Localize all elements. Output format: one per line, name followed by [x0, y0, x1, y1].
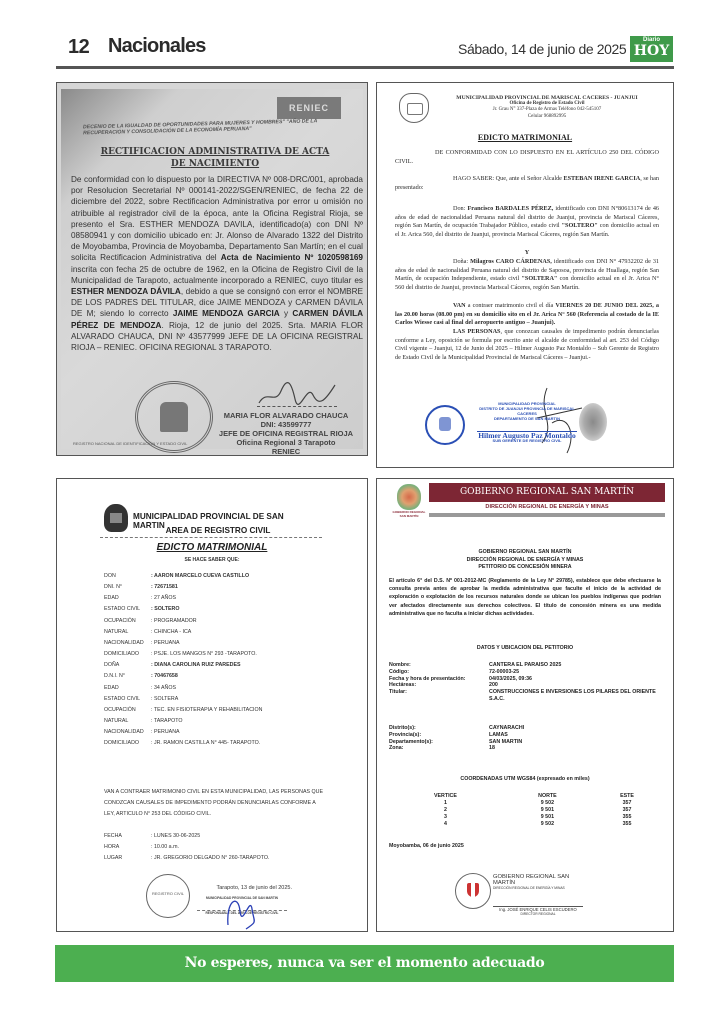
notice-letterhead: MUNICIPALIDAD PROVINCIAL DE MARISCAL CAC… — [427, 95, 667, 120]
detail-value: : JR. RAMON CASTILLA N° 445- TARAPOTO. — [151, 738, 344, 749]
detail-row: D.N.I. N°: 70467658 — [104, 671, 344, 682]
ceremony-details: FECHA: LUNES 30-06-2025HORA: 10.00 a.m.L… — [104, 831, 344, 864]
table-cell: 1 — [389, 800, 502, 807]
signer-block: GOBIERNO REGIONAL SAN MARTÍN DIRECCIÓN R… — [493, 875, 583, 918]
location-row: Zona:18 — [389, 745, 661, 752]
column-header: NORTE — [502, 793, 593, 800]
field-label: Hectáreas: — [389, 682, 489, 689]
detail-label: LUGAR — [104, 853, 151, 864]
government-banner: GOBIERNO REGIONAL SAN MARTÍN — [429, 483, 665, 502]
direction-name: DIRECCIÓN REGIONAL DE ENERGÍA Y MINAS — [429, 504, 665, 510]
notice-title: EDICTO MATRIMONIAL — [57, 542, 367, 553]
ceremony-row: LUGAR: JR. GREGORIO DELGADO N° 260-TARAP… — [104, 853, 344, 864]
detail-label: DOÑA — [104, 660, 151, 671]
field-row: Fecha y hora de presentación:04/03/2025,… — [389, 676, 661, 683]
petition-fields: Nombre:CANTERA EL PARAISO 2025Código:72-… — [389, 662, 661, 703]
detail-value: : SOLTERA — [151, 694, 344, 705]
paragraph-objections: LAS PERSONAS, que conozcan causales de i… — [395, 328, 659, 362]
table-cell: 2 — [389, 807, 502, 814]
detail-label: ESTADO CIVIL — [104, 604, 151, 615]
notice-paragraph: VAN A CONTRAER MATRIMONIO CIVIL EN ESTA … — [104, 787, 326, 820]
regional-seal-icon — [455, 873, 491, 909]
detail-value: : 34 AÑOS — [151, 683, 344, 694]
detail-label: EDAD — [104, 683, 151, 694]
place-date: Moyobamba, 06 de junio 2025 — [389, 843, 464, 849]
paragraph-groom: Don: Francisco BARDALES PÉREZ, identific… — [395, 205, 659, 239]
conjunction: Y — [395, 249, 659, 258]
detail-label: D.N.I. N° — [104, 671, 151, 682]
field-label: Distrito(s): — [389, 725, 489, 732]
field-value: CANTERA EL PARAISO 2025 — [489, 662, 661, 669]
detail-value: : PROGRAMADOR — [151, 616, 344, 627]
reniec-logo: RENIEC — [277, 97, 341, 119]
registry-seal-icon — [425, 405, 465, 445]
table-cell: 9 502 — [502, 821, 593, 828]
detail-value: : PSJE. LOS MANGOS N° 293 -TARAPOTO. — [151, 649, 344, 660]
detail-row: DON: AARON MARCELO CUEVA CASTILLO — [104, 571, 344, 582]
column-header: ESTE — [593, 793, 661, 800]
table-cell: 9 501 — [502, 807, 593, 814]
newspaper-logo[interactable]: Diario HOY — [630, 36, 673, 62]
registry-seal-icon — [146, 874, 190, 918]
signature-icon — [257, 379, 337, 407]
couple-details: DON: AARON MARCELO CUEVA CASTILLODNI. N°… — [104, 571, 344, 750]
emblem-caption: GOBIERNO REGIONAL SAN MARTÍN — [391, 511, 427, 518]
detail-row: DOÑA: DIANA CAROLINA RUIZ PAREDES — [104, 660, 344, 671]
field-value: 18 — [489, 745, 661, 752]
table-row: 39 501355 — [389, 814, 661, 821]
location-row: Distrito(s):CAYNARACHI — [389, 725, 661, 732]
location-row: Departamento(s):SAN MARTIN — [389, 739, 661, 746]
detail-row: NACIONALIDAD: PERUANA — [104, 727, 344, 738]
column-header: VERTICE — [389, 793, 502, 800]
detail-row: NACIONALIDAD: PERUANA — [104, 638, 344, 649]
notice-juanjui-marriage: MUNICIPALIDAD PROVINCIAL DE MARISCAL CAC… — [376, 82, 674, 468]
detail-value: : 72671581 — [151, 582, 344, 593]
detail-row: NATURAL: CHINCHA - ICA — [104, 627, 344, 638]
notice-san-martin-marriage: MUNICIPALIDAD PROVINCIAL DE SAN MARTIN A… — [56, 478, 368, 932]
paragraph-legal-basis: DE CONFORMIDAD CON LO DISPUESTO EN EL AR… — [395, 149, 659, 166]
detail-value: : PERUANA — [151, 727, 344, 738]
field-value: 200 — [489, 682, 661, 689]
office-name: AREA DE REGISTRO CIVIL — [133, 526, 303, 535]
detail-row: DOMICILIADO: PSJE. LOS MANGOS N° 293 -TA… — [104, 649, 344, 660]
detail-label: DOMICILIADO — [104, 738, 151, 749]
table-cell: 355 — [593, 821, 661, 828]
detail-row: DOMICILIADO: JR. RAMON CASTILLA N° 445- … — [104, 738, 344, 749]
location-row: Provincia(s):LAMAS — [389, 732, 661, 739]
field-label: Código: — [389, 669, 489, 676]
field-row: Código:72-00003-25 — [389, 669, 661, 676]
field-value: 04/03/2025, 09:36 — [489, 676, 661, 683]
regional-emblem-icon — [397, 484, 421, 510]
field-row: Titular:CONSTRUCCIONES E INVERSIONES LOS… — [389, 689, 661, 703]
dashed-divider — [100, 537, 322, 538]
field-label: Zona: — [389, 745, 489, 752]
coordinates-table: VERTICENORTEESTE 19 50235729 50135739 50… — [389, 793, 661, 828]
field-label: Provincia(s): — [389, 732, 489, 739]
field-label: Fecha y hora de presentación: — [389, 676, 489, 683]
detail-value: : 10.00 a.m. — [151, 842, 344, 853]
slogan-banner: No esperes, nunca va ser el momento adec… — [55, 945, 674, 982]
ceremony-row: HORA: 10.00 a.m. — [104, 842, 344, 853]
detail-value: : JR. GREGORIO DELGADO N° 260-TARAPOTO. — [151, 853, 344, 864]
detail-row: DNI. N°: 72671581 — [104, 582, 344, 593]
table-row: 19 502357 — [389, 800, 661, 807]
section-heading-coordinates: COORDENADAS UTM WGS84 (expresado en mile… — [377, 776, 673, 782]
section-heading-petition: DATOS Y UBICACION DEL PETITORIO — [377, 645, 673, 651]
location-fields: Distrito(s):CAYNARACHIProvincia(s):LAMAS… — [389, 725, 661, 752]
notice-mining-petition: GOBIERNO REGIONAL SAN MARTÍN GOBIERNO RE… — [376, 478, 674, 932]
field-row: Nombre:CANTERA EL PARAISO 2025 — [389, 662, 661, 669]
notice-reniec-rectification: RENIEC DECENIO DE LA IGUALDAD DE OPORTUN… — [56, 82, 368, 456]
detail-label: NATURAL — [104, 716, 151, 727]
detail-label: NACIONALIDAD — [104, 638, 151, 649]
detail-value: : TARAPOTO — [151, 716, 344, 727]
notice-title: RECTIFICACION ADMINISTRATIVA DE ACTA DE … — [95, 146, 335, 170]
paragraph-ceremony: VAN a contraer matrimonio civil el día V… — [395, 302, 659, 328]
detail-label: DON — [104, 571, 151, 582]
section-title: Nacionales — [108, 35, 206, 58]
detail-label: FECHA — [104, 831, 151, 842]
detail-value: : AARON MARCELO CUEVA CASTILLO — [151, 571, 344, 582]
paragraph-bride: Doña: Milagros CARO CÁRDENAS, identifica… — [395, 258, 659, 292]
detail-label: ESTADO CIVIL — [104, 694, 151, 705]
seal-text: REGISTRO CIVIL — [146, 891, 190, 896]
detail-row: OCUPACIÓN: PROGRAMADOR — [104, 616, 344, 627]
table-row: 49 502355 — [389, 821, 661, 828]
issue-date: Sábado, 14 de junio de 2025 — [458, 41, 626, 57]
detail-label: OCUPACIÓN — [104, 705, 151, 716]
detail-row: ESTADO CIVIL: SOLTERA — [104, 694, 344, 705]
detail-label: OCUPACIÓN — [104, 616, 151, 627]
detail-label: HORA — [104, 842, 151, 853]
table-cell: 9 502 — [502, 800, 593, 807]
field-value: CONSTRUCCIONES E INVERSIONES LOS PILARES… — [489, 689, 661, 703]
signer-block: MARIA FLOR ALVARADO CHAUCA DNI: 43599777… — [211, 411, 361, 456]
paragraph-announcement: HAGO SABER: Que, ante el Señor Alcalde E… — [395, 175, 659, 192]
table-cell: 357 — [593, 800, 661, 807]
detail-label: DNI. N° — [104, 582, 151, 593]
header-bar — [429, 513, 665, 517]
detail-row: OCUPACIÓN: TEC. EN FISIOTERAPIA Y REHABI… — [104, 705, 344, 716]
field-label: Departamento(s): — [389, 739, 489, 746]
table-cell: 355 — [593, 814, 661, 821]
detail-row: EDAD: 27 AÑOS — [104, 593, 344, 604]
table-cell: 9 501 — [502, 814, 593, 821]
year-motto: DECENIO DE LA IGUALDAD DE OPORTUNIDADES … — [83, 118, 343, 137]
detail-value: : SOLTERO — [151, 604, 344, 615]
notice-heading: GOBIERNO REGIONAL SAN MARTÍN DIRECCIÓN R… — [377, 549, 673, 572]
notice-subtitle: SE HACE SABER QUE: — [57, 557, 367, 563]
detail-value: : LUNES 30-06-2025 — [151, 831, 344, 842]
detail-value: : DIANA CAROLINA RUIZ PAREDES — [151, 660, 344, 671]
field-value: CAYNARACHI — [489, 725, 661, 732]
header-rule — [56, 66, 674, 69]
detail-label: NACIONALIDAD — [104, 727, 151, 738]
field-label: Nombre: — [389, 662, 489, 669]
field-label: Titular: — [389, 689, 489, 703]
detail-value: : 27 AÑOS — [151, 593, 344, 604]
detail-row: NATURAL: TARAPOTO — [104, 716, 344, 727]
detail-row: ESTADO CIVIL: SOLTERO — [104, 604, 344, 615]
table-cell: 4 — [389, 821, 502, 828]
field-row: Hectáreas:200 — [389, 682, 661, 689]
footer-fine-print: REGISTRO NACIONAL DE IDENTIFICACIÓN Y ES… — [73, 441, 233, 446]
ceremony-row: FECHA: LUNES 30-06-2025 — [104, 831, 344, 842]
detail-value: : PERUANA — [151, 638, 344, 649]
table-cell: 3 — [389, 814, 502, 821]
detail-row: EDAD: 34 AÑOS — [104, 683, 344, 694]
field-value: 72-00003-25 — [489, 669, 661, 676]
logo-big-text: HOY — [630, 44, 673, 59]
field-value: SAN MARTIN — [489, 739, 661, 746]
table-row: 29 501357 — [389, 807, 661, 814]
detail-label: DOMICILIADO — [104, 649, 151, 660]
field-value: LAMAS — [489, 732, 661, 739]
municipal-stamp: MUNICIPALIDAD PROVINCIAL DISTRITO DE JUA… — [477, 401, 577, 443]
detail-label: NATURAL — [104, 627, 151, 638]
page-number: 12 — [68, 36, 89, 59]
detail-value: : 70467658 — [151, 671, 344, 682]
municipal-crest-icon — [104, 504, 128, 532]
table-cell: 357 — [593, 807, 661, 814]
municipal-crest-icon — [399, 93, 429, 123]
fingerprint-icon — [579, 403, 607, 441]
detail-value: : CHINCHA - ICA — [151, 627, 344, 638]
notice-body: De conformidad con lo dispuesto por la D… — [71, 174, 363, 353]
detail-label: EDAD — [104, 593, 151, 604]
notice-intro: El artículo 6° del D.S. Nº 001-2012-MC (… — [389, 577, 661, 618]
scanned-paper: RENIEC DECENIO DE LA IGUALDAD DE OPORTUN… — [61, 89, 363, 449]
notice-title: EDICTO MATRIMONIAL — [377, 133, 673, 142]
signature-icon — [222, 891, 262, 931]
detail-value: : TEC. EN FISIOTERAPIA Y REHABILITACION — [151, 705, 344, 716]
